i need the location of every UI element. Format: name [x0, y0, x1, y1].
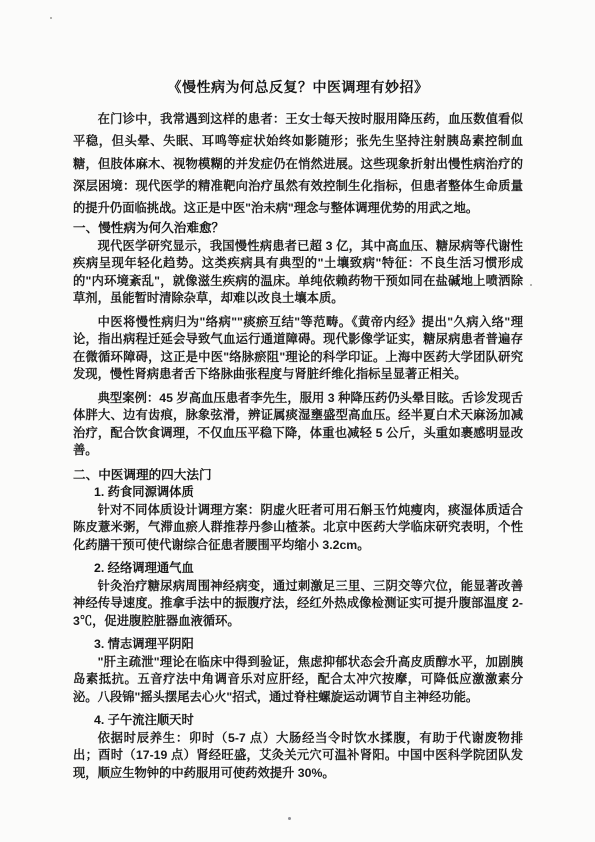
method-4-heading: 4. 子午流注顺天时: [94, 712, 523, 730]
method-3-heading: 3. 情志调理平阴阳: [94, 636, 523, 654]
section-1-paragraph-1: 现代医学研究显示，我国慢性病患者已超 3 亿，其中高血压、糖尿病等代谢性疾病呈现…: [73, 238, 523, 308]
section-1-case-paragraph: 典型案例：45 岁高血压患者李先生，服用 3 种降压药仍头晕目眩。舌诊发现舌体胖…: [73, 390, 523, 460]
method-2-heading: 2. 经络调理通气血: [94, 560, 523, 578]
intro-paragraph: 在门诊中，我常遇到这样的患者：王女士每天按时服用降压药，血压数值看似平稳，但头晕…: [73, 108, 523, 219]
method-4-paragraph: 依据时辰养生：卯时（5-7 点）大肠经当令时饮水揉腹，有助于代谢废物排出；酉时（…: [73, 730, 523, 783]
section-1-heading: 一、慢性病为何久治难愈？: [73, 219, 523, 238]
method-1-heading: 1. 药食同源调体质: [94, 484, 523, 502]
document-title: 《慢性病为何总反复？中医调理有妙招》: [73, 76, 523, 98]
method-2-paragraph: 针灸治疗糖尿病周围神经病变，通过刺激足三里、三阴交等穴位，能显著改善神经传导速度…: [73, 578, 523, 631]
method-3-paragraph: "肝主疏泄"理论在临床中得到验证，焦虑抑郁状态会升高皮质醇水平，加剧胰岛素抵抗。…: [73, 654, 523, 707]
scan-speck: [50, 17, 52, 19]
document-page: 《慢性病为何总反复？中医调理有妙招》 在门诊中，我常遇到这样的患者：王女士每天按…: [0, 0, 595, 842]
section-2-heading: 二、中医调理的四大法门: [73, 466, 523, 485]
method-1-paragraph: 针对不同体质设计调理方案：阴虚火旺者可用石斛玉竹炖瘦肉，痰湿体质适合陈皮薏米粥，…: [73, 502, 523, 555]
scan-speck: [530, 284, 532, 286]
scan-speck: [288, 817, 291, 820]
section-1-paragraph-2: 中医将慢性病归为"络病""痰瘀互结"等范畴。《黄帝内经》提出"久病入络"理论，指…: [73, 314, 523, 384]
